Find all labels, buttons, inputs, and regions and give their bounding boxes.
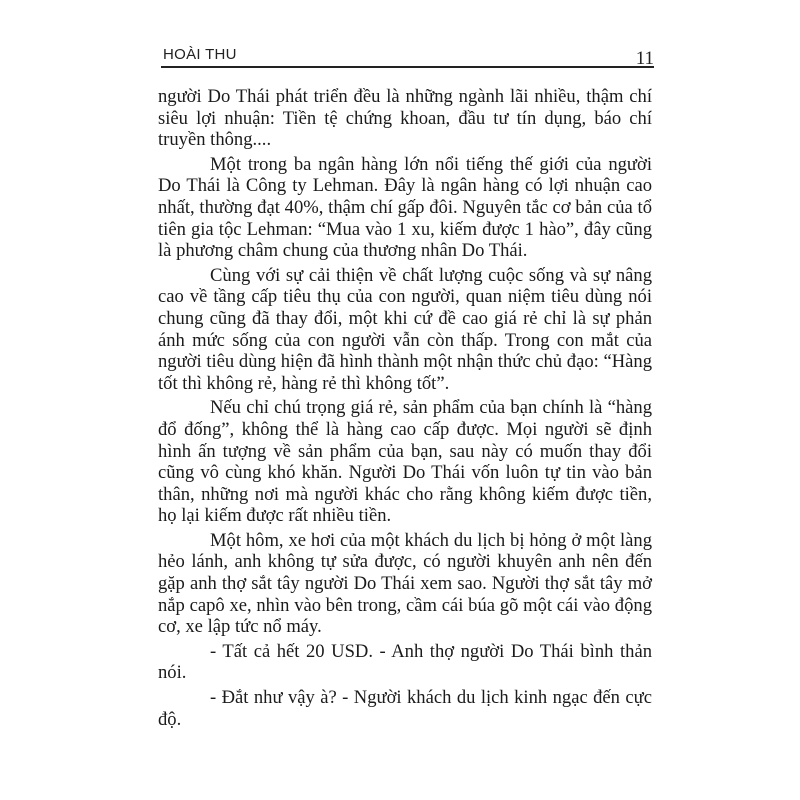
dialogue-line-1: - Tất cả hết 20 USD. - Anh thợ người Do …	[158, 641, 652, 684]
dialogue-line-2: - Đắt như vậy à? - Người khách du lịch k…	[158, 687, 652, 730]
paragraph-consumer-perception: Cùng với sự cải thiện về chất lượng cuộc…	[158, 265, 652, 395]
page-number: 11	[636, 48, 654, 70]
page-header: HOÀI THU 11	[161, 44, 654, 68]
page-body: người Do Thái phát triển đều là những ng…	[158, 86, 652, 730]
paragraph-lehman: Một trong ba ngân hàng lớn nổi tiếng thế…	[158, 154, 652, 262]
paragraph-continued: người Do Thái phát triển đều là những ng…	[158, 86, 652, 151]
paragraph-cheap-goods: Nếu chỉ chú trọng giá rẻ, sản phẩm của b…	[158, 397, 652, 527]
paragraph-car-story: Một hôm, xe hơi của một khách du lịch bị…	[158, 530, 652, 638]
running-title: HOÀI THU	[163, 46, 237, 63]
